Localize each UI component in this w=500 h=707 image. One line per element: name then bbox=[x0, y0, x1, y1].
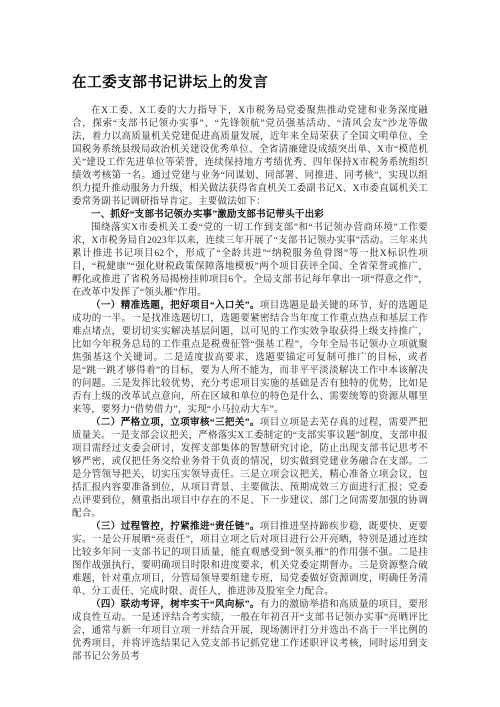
heading-text: 一、抓好“支部书记领办实事”激励支部书记带头干出彩 bbox=[91, 210, 324, 220]
paragraph-text: 在X工委、X工委的大力指导下，X市税务局党委聚焦推动党建和业务深度融合，探索“支… bbox=[72, 106, 428, 207]
document-page: 在工委支部书记讲坛上的发言 在X工委、X工委的大力指导下，X市税务局党委聚焦推动… bbox=[0, 0, 500, 707]
paragraph-text: 项目立项是去芜存真的过程，需要严把质量关。一是支部会议把关，严格落实X工委制定的… bbox=[72, 418, 428, 519]
paragraph-text: 项目推进坚持蹄疾步稳，既要快、更要实。一是公开展晒“亮责任”，项目立项之后对项目… bbox=[72, 522, 428, 597]
paragraph: （四）联动考评，树牢实干“风向标”。有力的激励举措和高质量的项目，要形成良性互动… bbox=[72, 599, 428, 664]
document-content: 在工委支部书记讲坛上的发言 在X工委、X工委的大力指导下，X市税务局党委聚焦推动… bbox=[0, 0, 500, 664]
paragraph: （一）精准选题，把好项目“入口关”。项目选题是最关键的环节，好的选题是成功的一半… bbox=[72, 300, 428, 417]
paragraph: 围绕落实X市委机关工委“党的一切工作到支部”和“书记领办营商环境”工作要求，X市… bbox=[72, 222, 428, 300]
paragraph-lead: （一）精准选题，把好项目“入口关”。 bbox=[91, 301, 260, 311]
document-title: 在工委支部书记讲坛上的发言 bbox=[72, 74, 428, 92]
paragraph: （二）严格立项，立项审核“三把关”。项目立项是去芜存真的过程，需要严把质量关。一… bbox=[72, 417, 428, 521]
intro-paragraph: 在X工委、X工委的大力指导下，X市税务局党委聚焦推动党建和业务深度融合，探索“支… bbox=[72, 105, 428, 209]
paragraph-text: 项目选题是最关键的环节，好的选题是成功的一半。一是找准选题切口，选题要紧密结合当… bbox=[72, 301, 428, 415]
section-heading: 一、抓好“支部书记领办实事”激励支部书记带头干出彩 bbox=[72, 209, 428, 222]
paragraph: （三）过程管控，拧紧推进“责任链”。项目推进坚持蹄疾步稳，既要快、更要实。一是公… bbox=[72, 521, 428, 599]
paragraph-lead: （二）严格立项，立项审核“三把关”。 bbox=[91, 418, 260, 428]
paragraph-text: 围绕落实X市委机关工委“党的一切工作到支部”和“书记领办营商环境”工作要求，X市… bbox=[72, 223, 428, 298]
paragraph-lead: （三）过程管控，拧紧推进“责任链”。 bbox=[91, 522, 260, 532]
paragraph-lead: （四）联动考评，树牢实干“风向标”。 bbox=[91, 600, 260, 610]
